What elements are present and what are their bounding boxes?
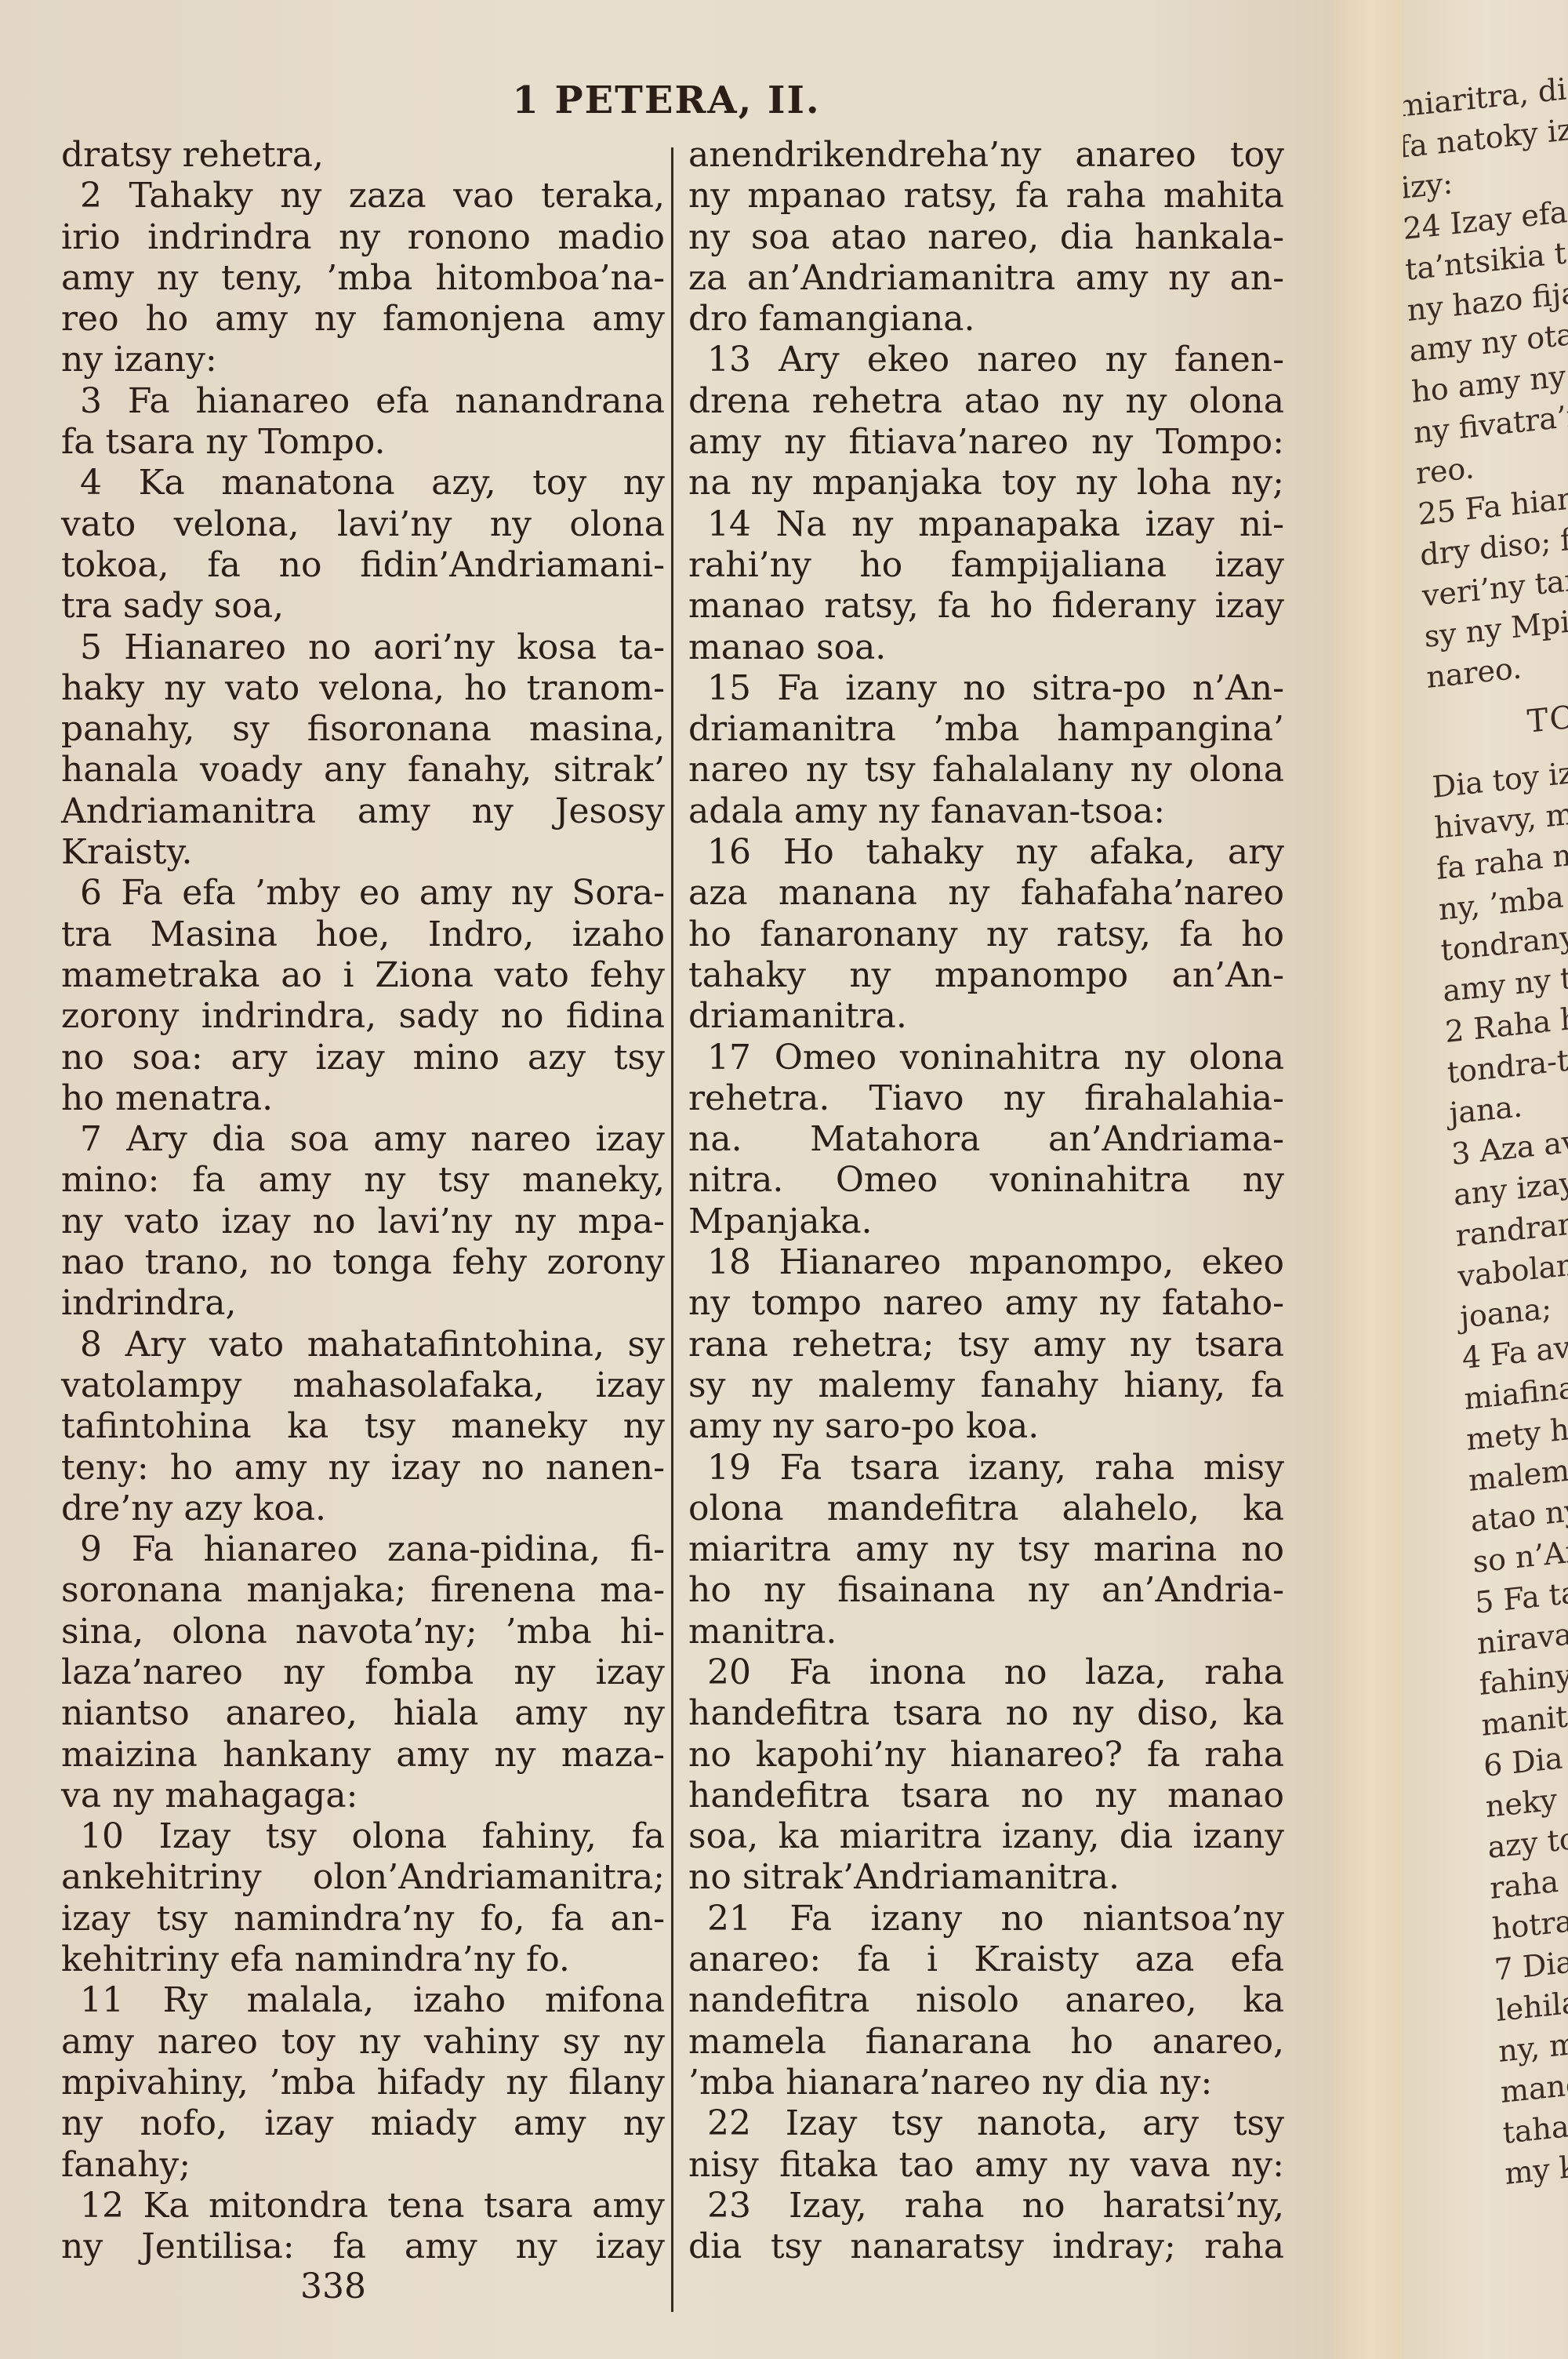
text-line: teny: ho amy ny izay no nanen- (61, 1448, 665, 1488)
page-number: 338 (0, 2266, 666, 2306)
text-line: nitra. Omeo voninahitra ny (688, 1160, 1284, 1201)
right-column: anendrikendreha’ny anareo toyny mpanao r… (688, 135, 1284, 2267)
text-line: panahy, sy fisoronana masina, (61, 709, 665, 750)
text-line: driamanitra ’mba hampangina’ (688, 709, 1284, 750)
text-line: rahi’ny ho fampijaliana izay (688, 545, 1284, 586)
text-line: mino: fa amy ny tsy maneky, (61, 1160, 665, 1201)
text-line: rehetra. Tiavo ny firahalahia- (688, 1078, 1284, 1119)
text-line: 21 Fa izany no niantsoa’ny (688, 1899, 1284, 1939)
text-line: soa, ka miaritra izany, dia izany (688, 1816, 1284, 1857)
text-line: tafintohina ka tsy maneky ny (61, 1406, 665, 1447)
text-line: dia tsy nanaratsy indray; raha (688, 2226, 1284, 2267)
text-line: dro famangiana. (688, 299, 1284, 340)
text-line: 18 Hianareo mpanompo, ekeo (688, 1242, 1284, 1283)
text-line: niantso anareo, hiala amy ny (61, 1693, 665, 1734)
text-line: rana rehetra; tsy amy ny tsara (688, 1325, 1284, 1365)
text-line: vato velona, lavi’ny ny olona (61, 504, 665, 545)
text-line: haky ny vato velona, ho tranom- (61, 668, 665, 709)
text-line: ho ny fisainana ny an’Andria- (688, 1570, 1284, 1611)
text-line: drena rehetra atao ny ny olona (688, 381, 1284, 422)
text-line: ny soa atao nareo, dia hankala- (688, 217, 1284, 258)
text-line: ny nofo, izay miady amy ny (61, 2103, 665, 2144)
text-line: tokoa, fa no fidin’Andriamani- (61, 545, 665, 586)
text-line: 11 Ry malala, izaho mifona (61, 1980, 665, 2021)
text-line: nisy fitaka tao amy ny vava ny: (688, 2145, 1284, 2186)
text-line: irio indrindra ny ronono madio (61, 217, 665, 258)
text-line: 13 Ary ekeo nareo ny fanen- (688, 340, 1284, 380)
text-line: manao soa. (688, 627, 1284, 668)
text-line: no kapohi’ny hianareo? fa raha (688, 1735, 1284, 1776)
text-line: driamanitra. (688, 996, 1284, 1037)
text-line: nandefitra nisolo anareo, ka (688, 1980, 1284, 2021)
text-line: nareo ny tsy fahalalany ny olona (688, 750, 1284, 791)
text-line: olona mandefitra alahelo, ka (688, 1488, 1284, 1529)
text-line: nao trano, no tonga fehy zorony (61, 1242, 665, 1283)
text-line: no soa: ary izay mino azy tsy (61, 1038, 665, 1078)
text-line: no sitrak’Andriamanitra. (688, 1857, 1284, 1898)
text-line: anareo: fa i Kraisty aza efa (688, 1939, 1284, 1980)
text-line: fa tsara ny Tompo. (61, 422, 665, 463)
left-column: dratsy rehetra,2 Tahaky ny zaza vao tera… (61, 135, 665, 2267)
text-line: ’mba hianara’nareo ny dia ny: (688, 2063, 1284, 2103)
text-line: 3 Fa hianareo efa nanandrana (61, 381, 665, 422)
text-line: ho fanaronany ny ratsy, fa ho (688, 914, 1284, 955)
text-line: indrindra, (61, 1283, 665, 1324)
text-line: tahaky ny mpanompo an’An- (688, 955, 1284, 996)
text-line: 5 Hianareo no aori’ny kosa ta- (61, 627, 665, 668)
text-line: ho menatra. (61, 1078, 665, 1119)
text-line: mametraka ao i Ziona vato fehy (61, 955, 665, 996)
next-page-partial: miaritra, dia tsfa natoky izayizy:24 Iza… (1403, 0, 1568, 2359)
text-line: miaritra amy ny tsy marina no (688, 1529, 1284, 1570)
text-line: 8 Ary vato mahatafintohina, sy (61, 1325, 665, 1365)
text-line: ny izany: (61, 340, 665, 380)
text-line: anendrikendreha’ny anareo toy (688, 135, 1284, 176)
text-line: maizina hankany amy ny maza- (61, 1735, 665, 1776)
text-line: hanala voady any fanahy, sitrak’ (61, 750, 665, 791)
text-line: 17 Omeo voninahitra ny olona (688, 1038, 1284, 1078)
text-line: amy ny fitiava’nareo ny Tompo: (688, 422, 1284, 463)
text-line: ny vato izay no lavi’ny ny mpa- (61, 1201, 665, 1242)
text-line: va ny mahagaga: (61, 1776, 665, 1816)
text-line: 19 Fa tsara izany, raha misy (688, 1448, 1284, 1488)
text-line: 23 Izay, raha no haratsi’ny, (688, 2186, 1284, 2226)
column-divider (671, 147, 673, 2312)
text-line: 7 Ary dia soa amy nareo izay (61, 1119, 665, 1160)
text-line: zorony indrindra, sady no fidina (61, 996, 665, 1037)
text-line: aza manana ny fahafaha’nareo (688, 873, 1284, 914)
text-line: ankehitriny olon’Andriamanitra; (61, 1857, 665, 1898)
text-line: dratsy rehetra, (61, 135, 665, 176)
text-line: tra sady soa, (61, 586, 665, 627)
text-line: fanahy; (61, 2145, 665, 2186)
text-line: izay tsy namindra’ny fo, fa an- (61, 1899, 665, 1939)
text-line: sy ny malemy fanahy hiany, fa (688, 1365, 1284, 1406)
text-line: Mpanjaka. (688, 1201, 1284, 1242)
text-line: mpivahiny, ’mba hifady ny filany (61, 2063, 665, 2103)
text-line: za an’Andriamanitra amy ny an- (688, 258, 1284, 299)
text-line: na. Matahora an’Andriama- (688, 1119, 1284, 1160)
text-line: dre’ny azy koa. (61, 1488, 665, 1529)
text-line: adala amy ny fanavan-tsoa: (688, 791, 1284, 832)
text-line: 10 Izay tsy olona fahiny, fa (61, 1816, 665, 1857)
text-line: 12 Ka mitondra tena tsara amy (61, 2186, 665, 2226)
text-line: ny tompo nareo amy ny fataho- (688, 1283, 1284, 1324)
text-line: ny mpanao ratsy, fa raha mahita (688, 176, 1284, 216)
text-line: mamela fianarana ho anareo, (688, 2022, 1284, 2063)
text-line: 9 Fa hianareo zana-pidina, fi- (61, 1529, 665, 1570)
text-line: 2 Tahaky ny zaza vao teraka, (61, 176, 665, 216)
text-line: vatolampy mahasolafaka, izay (61, 1365, 665, 1406)
text-line: handefitra tsara no ny diso, ka (688, 1693, 1284, 1734)
text-line: manitra. (688, 1612, 1284, 1652)
text-line: amy ny teny, ’mba hitomboa’na- (61, 258, 665, 299)
text-line: reo ho amy ny famonjena amy (61, 299, 665, 340)
left-page: 1 PETERA, II. dratsy rehetra,2 Tahaky ny… (0, 0, 1348, 2359)
text-line: 22 Izay tsy nanota, ary tsy (688, 2103, 1284, 2144)
text-line: kehitriny efa namindra’ny fo. (61, 1939, 665, 1980)
text-line: 20 Fa inona no laza, raha (688, 1652, 1284, 1693)
text-line: na ny mpanjaka toy ny loha ny; (688, 463, 1284, 503)
text-line: laza’nareo ny fomba ny izay (61, 1652, 665, 1693)
text-line: ny Jentilisa: fa amy ny izay (61, 2226, 665, 2267)
text-line: soronana manjaka; firenena ma- (61, 1570, 665, 1611)
text-line: Andriamanitra amy ny Jesosy (61, 791, 665, 832)
text-line: 6 Fa efa ’mby eo amy ny Sora- (61, 873, 665, 914)
next-page-text: miaritra, dia tsfa natoky izayizy:24 Iza… (1403, 65, 1568, 2235)
running-head: 1 PETERA, II. (0, 78, 1333, 122)
text-line: amy nareo toy ny vahiny sy ny (61, 2022, 665, 2063)
text-line: 14 Na ny mpanapaka izay ni- (688, 504, 1284, 545)
text-line: manao ratsy, fa ho fiderany izay (688, 586, 1284, 627)
text-line: sina, olona navota’ny; ’mba hi- (61, 1612, 665, 1652)
text-line: amy ny saro-po koa. (688, 1406, 1284, 1447)
chapter-heading: TOKO (1428, 691, 1568, 753)
text-line: Kraisty. (61, 832, 665, 873)
text-line: handefitra tsara no ny manao (688, 1776, 1284, 1816)
text-line: 16 Ho tahaky ny afaka, ary (688, 832, 1284, 873)
text-line: tra Masina hoe, Indro, izaho (61, 914, 665, 955)
text-line: 4 Ka manatona azy, toy ny (61, 463, 665, 503)
text-line: 15 Fa izany no sitra-po n’An- (688, 668, 1284, 709)
